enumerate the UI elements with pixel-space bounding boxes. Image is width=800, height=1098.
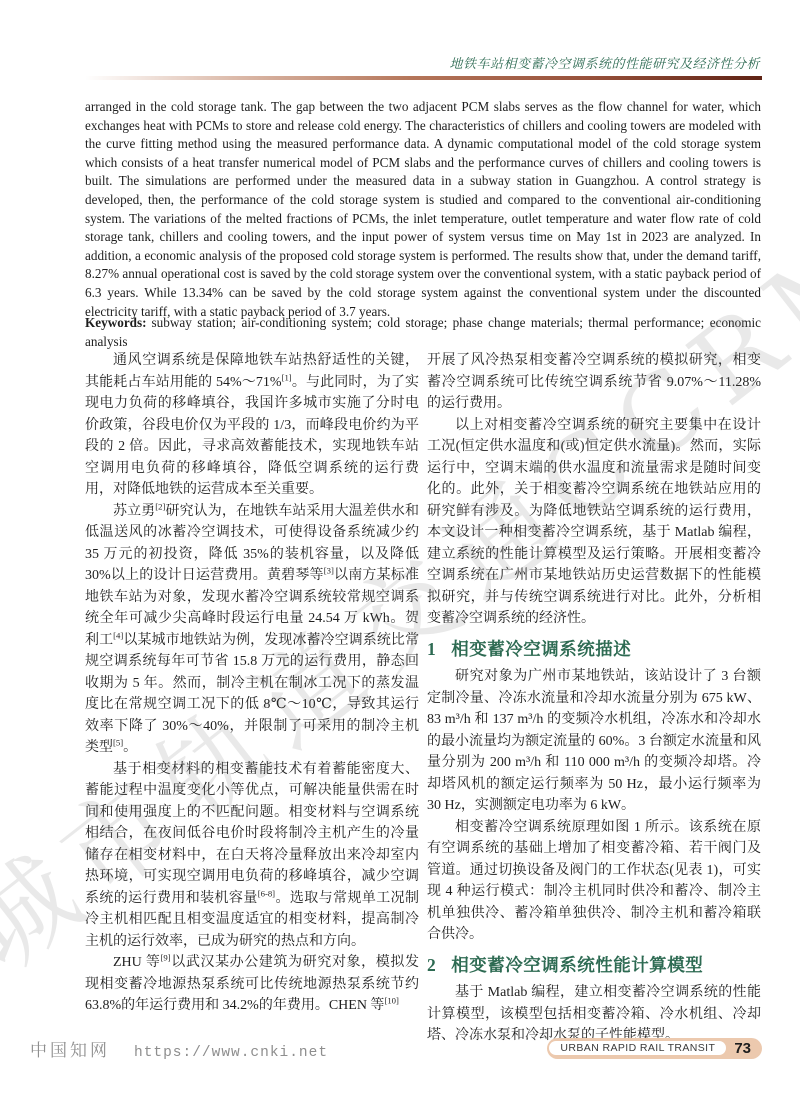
cnki-url: https://www.cnki.net	[134, 1045, 328, 1061]
header-rule	[85, 76, 762, 80]
body-paragraph: 相变蓄冷空调系统原理如图 1 所示。该系统在原有空调系统的基础上增加了相变蓄冷箱…	[427, 817, 761, 946]
body-paragraph: 以上对相变蓄冷空调系统的研究主要集中在设计工况(恒定供水温度和(或)恒定供水流量…	[427, 415, 761, 630]
section-heading: 1相变蓄冷空调系统描述	[427, 639, 761, 661]
keywords-line: Keywords:subway station; air-conditionin…	[85, 314, 761, 351]
two-column-body: 通风空调系统是保障地铁车站热舒适性的关键，其能耗占车站用能的 54%～71%[1…	[85, 350, 761, 1047]
cnki-footer: 中国知网 https://www.cnki.net	[30, 1036, 328, 1061]
journal-page: 地铁车站相变蓄冷空调系统的性能研究及经济性分析 arranged in the …	[0, 0, 800, 1098]
body-paragraph: 开展了风冷热泵相变蓄冷空调系统的模拟研究，相变蓄冷空调系统可比传统空调系统节省 …	[427, 350, 761, 415]
section-heading: 2相变蓄冷空调系统性能计算模型	[427, 955, 761, 977]
body-paragraph: 苏立勇[2]研究认为，在地铁车站采用大温差供水和低温送风的冰蓄冷空调技术，可使得…	[85, 501, 419, 759]
page-number: 73	[726, 1040, 760, 1057]
left-column: 通风空调系统是保障地铁车站热舒适性的关键，其能耗占车站用能的 54%～71%[1…	[85, 350, 419, 1047]
journal-footer-pill: URBAN RAPID RAIL TRANSIT 73	[547, 1038, 762, 1059]
right-column: 开展了风冷热泵相变蓄冷空调系统的模拟研究，相变蓄冷空调系统可比传统空调系统节省 …	[427, 350, 761, 1047]
journal-name-english: URBAN RAPID RAIL TRANSIT	[549, 1041, 726, 1055]
cnki-logo-text: 中国知网	[30, 1036, 110, 1061]
abstract-english: arranged in the cold storage tank. The g…	[85, 98, 761, 321]
body-paragraph: 通风空调系统是保障地铁车站热舒适性的关键，其能耗占车站用能的 54%～71%[1…	[85, 350, 419, 501]
body-paragraph: 基于相变材料的相变蓄能技术有着蓄能密度大、蓄能过程中温度变化小等优点，可解决能量…	[85, 759, 419, 953]
keywords-text: subway station; air-conditioning system;…	[85, 315, 761, 349]
running-head-title: 地铁车站相变蓄冷空调系统的性能研究及经济性分析	[449, 53, 760, 72]
body-paragraph: 研究对象为广州市某地铁站，该站设计了 3 台额定制冷量、冷冻水流量和冷却水流量分…	[427, 666, 761, 817]
page-footer: 中国知网 https://www.cnki.net URBAN RAPID RA…	[30, 1034, 762, 1062]
keywords-label: Keywords:	[85, 315, 147, 330]
body-paragraph: ZHU 等[9]以武汉某办公建筑为研究对象，模拟发现相变蓄冷地源热泵系统可比传统…	[85, 952, 419, 1017]
